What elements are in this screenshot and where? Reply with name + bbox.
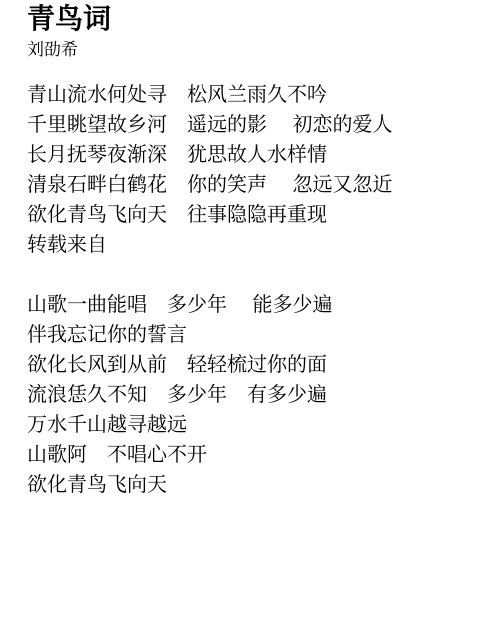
lyric-line: 流浪恁久不知 多少年 有多少遍	[27, 380, 480, 410]
artist-name: 刘劭希	[27, 38, 480, 62]
lyric-line: 青山流水何处寻 松风兰雨久不吟	[27, 80, 480, 110]
lyric-line: 清泉石畔白鹤花 你的笑声 忽远又忽近	[27, 170, 480, 200]
lyric-line: 山歌阿 不唱心不开	[27, 440, 480, 470]
lyrics-page: 青鸟词 刘劭希 青山流水何处寻 松风兰雨久不吟 千里眺望故乡河 遥远的影 初恋的…	[0, 0, 500, 640]
lyric-line: 伴我忘记你的誓言	[27, 320, 480, 350]
lyrics-block: 青山流水何处寻 松风兰雨久不吟 千里眺望故乡河 遥远的影 初恋的爱人 长月抚琴夜…	[27, 80, 480, 500]
lyric-line-blank	[27, 260, 480, 290]
lyric-line: 长月抚琴夜渐深 犹思故人水样情	[27, 140, 480, 170]
lyric-line: 千里眺望故乡河 遥远的影 初恋的爱人	[27, 110, 480, 140]
lyric-line: 欲化长风到从前 轻轻梳过你的面	[27, 350, 480, 380]
lyric-line: 转载来自	[27, 230, 480, 260]
lyric-line: 山歌一曲能唱 多少年 能多少遍	[27, 290, 480, 320]
lyric-line: 欲化青鸟飞向天	[27, 470, 480, 500]
lyric-line: 欲化青鸟飞向天 往事隐隐再重现	[27, 200, 480, 230]
page-title: 青鸟词	[27, 0, 480, 38]
lyric-line: 万水千山越寻越远	[27, 410, 480, 440]
